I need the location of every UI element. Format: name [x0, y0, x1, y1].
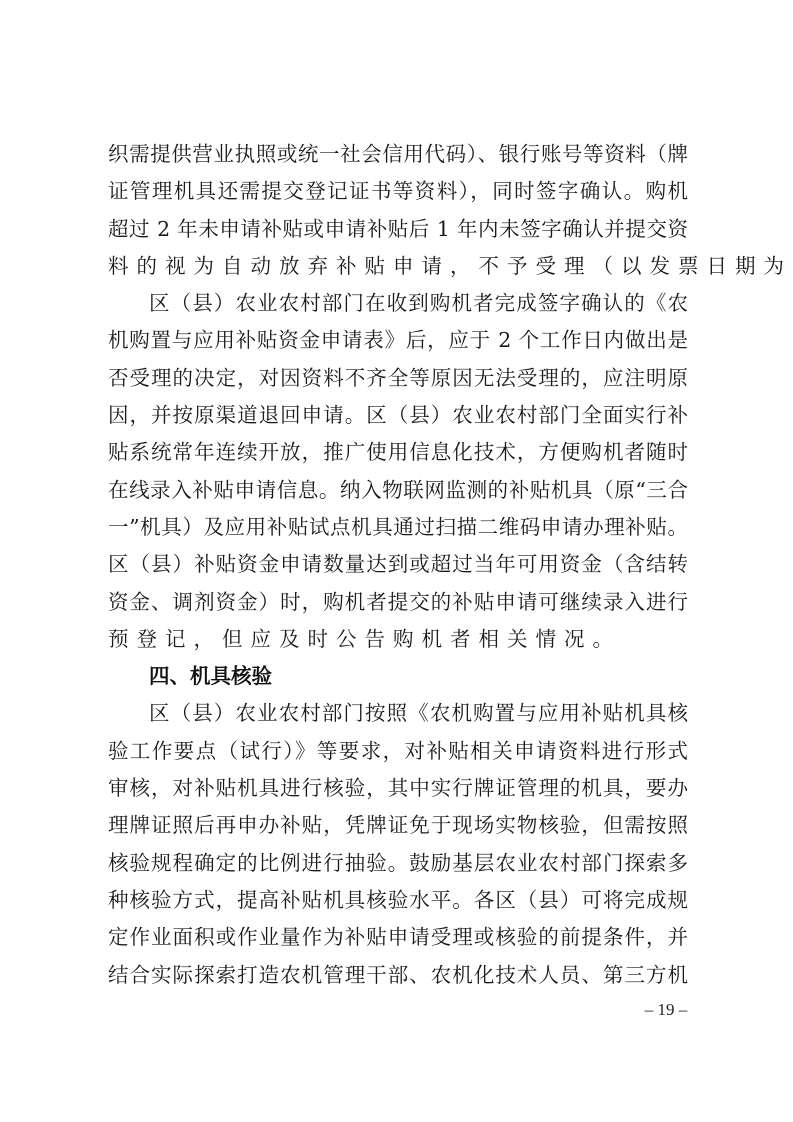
text-line: 资金、调剂资金）时，购机者提交的补贴申请可继续录入进行 [108, 584, 688, 621]
text-line: 因，并按原渠道退回申请。区（县）农业农村部门全面实行补 [108, 397, 688, 434]
text-line: 区（县）农业农村部门在收到购机者完成签字确认的《农 [108, 285, 688, 322]
text-line: 理牌证照后再申办补贴，凭牌证免于现场实物核验，但需按照 [108, 807, 688, 844]
text-line: 超过 2 年未申请补贴或申请补贴后 1 年内未签字确认并提交资 [108, 211, 688, 248]
text-line: 区（县）补贴资金申请数量达到或超过当年可用资金（含结转 [108, 546, 688, 583]
text-line: 种核验方式，提高补贴机具核验水平。各区（县）可将完成规 [108, 882, 688, 919]
paragraph-continuation: 织需提供营业执照或统一社会信用代码）、银行账号等资料（牌 证管理机具还需提交登记… [108, 136, 688, 285]
text-line: 否受理的决定，对因资料不齐全等原因无法受理的，应注明原 [108, 360, 688, 397]
text-line: 机购置与应用补贴资金申请表》后，应于 2 个工作日内做出是 [108, 322, 688, 359]
paragraph-machine-inspection: 区（县）农业农村部门按照《农机购置与应用补贴机具核 验工作要点（试行）》等要求，… [108, 695, 688, 993]
text-line: 审核，对补贴机具进行核验，其中实行牌证管理的机具，要办 [108, 770, 688, 807]
text-line: 一”机具）及应用补贴试点机具通过扫描二维码申请办理补贴。 [108, 509, 688, 546]
text-line: 核验规程确定的比例进行抽验。鼓励基层农业农村部门探索多 [108, 845, 688, 882]
text-line: 证管理机具还需提交登记证书等资料），同时签字确认。购机 [108, 173, 688, 210]
text-line: 验工作要点（试行）》等要求，对补贴相关申请资料进行形式 [108, 733, 688, 770]
text-line: 在线录入补贴申请信息。纳入物联网监测的补贴机具（原“三合 [108, 472, 688, 509]
paragraph-application-acceptance: 区（县）农业农村部门在收到购机者完成签字确认的《农 机购置与应用补贴资金申请表》… [108, 285, 688, 658]
document-page: 织需提供营业执照或统一社会信用代码）、银行账号等资料（牌 证管理机具还需提交登记… [0, 0, 793, 1122]
text-line: 预登记，但应及时公告购机者相关情况。 [108, 621, 688, 658]
text-line: 定作业面积或作业量作为补贴申请受理或核验的前提条件，并 [108, 919, 688, 956]
text-line: 织需提供营业执照或统一社会信用代码）、银行账号等资料（牌 [108, 136, 688, 173]
page-number: – 19 – [640, 1000, 692, 1020]
body-text: 织需提供营业执照或统一社会信用代码）、银行账号等资料（牌 证管理机具还需提交登记… [108, 136, 688, 994]
text-line: 结合实际探索打造农机管理干部、农机化技术人员、第三方机 [108, 957, 688, 994]
text-line: 贴系统常年连续开放，推广使用信息化技术，方便购机者随时 [108, 434, 688, 471]
section-heading: 四、机具核验 [108, 658, 688, 695]
text-line: 区（县）农业农村部门按照《农机购置与应用补贴机具核 [108, 695, 688, 732]
text-line: 料的视为自动放弃补贴申请，不予受理（以发票日期为准）。 [108, 248, 688, 285]
